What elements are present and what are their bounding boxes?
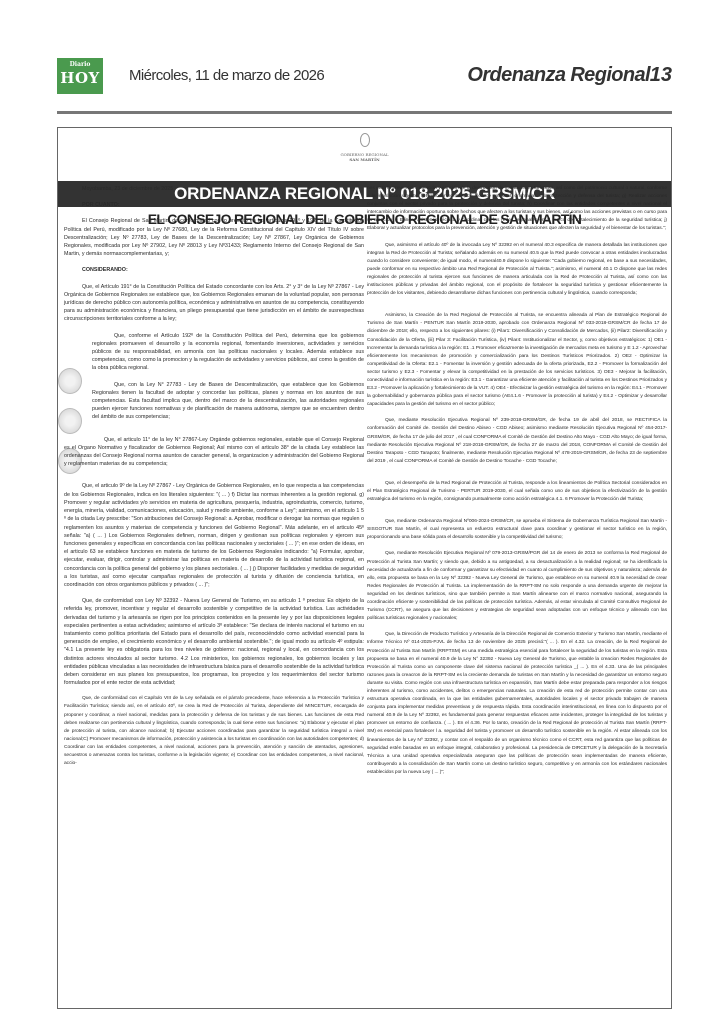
paragraph: nes para la prevención, atención y sanci… bbox=[367, 185, 667, 234]
por-cuanto-paragraph: El Consejo Regional de San Martin, de co… bbox=[64, 217, 364, 258]
page-number: 13 bbox=[650, 64, 672, 87]
paragraph: Que, el Artículo 191° de la Constitución… bbox=[64, 283, 364, 324]
place-date: Moyobamba, 23 de diciembre de 2025 bbox=[64, 185, 364, 193]
logo-main-text: HOY bbox=[57, 69, 103, 87]
right-column: nes para la prevención, atención y sanci… bbox=[367, 185, 667, 785]
considerando-heading: CONSIDERANDO: bbox=[64, 266, 364, 274]
paragraph: Que, el articulo 11° de la ley N° 27867-… bbox=[64, 436, 364, 469]
page-header: Diario HOY Miércoles, 11 de marzo de 202… bbox=[57, 58, 672, 94]
paragraph: Que, mediante Resolución Ejecutiva Regio… bbox=[367, 417, 667, 466]
publication-date: Miércoles, 11 de marzo de 2026 bbox=[129, 67, 324, 84]
regional-crest: GOBIERNO REGIONAL SAN MARTÍN bbox=[58, 133, 671, 162]
paragraph: Que, mediante Ordenanza Regional Nº006-2… bbox=[367, 518, 667, 542]
paragraph: Que, mediante Resolución Ejecutiva Regio… bbox=[367, 550, 667, 623]
paragraph: Que, el desempeño de la Red Regional de … bbox=[367, 480, 667, 504]
section-title: Ordenanza Regional bbox=[467, 64, 650, 87]
paragraph: Asimismo, la Creación de la Red Regional… bbox=[367, 312, 667, 409]
diario-hoy-logo: Diario HOY bbox=[57, 58, 103, 94]
crest-line-2: SAN MARTÍN bbox=[58, 157, 671, 162]
regional-government-seal-icon bbox=[360, 133, 370, 147]
paragraph: Que, con la Ley N° 27783 - Ley de Bases … bbox=[64, 381, 364, 422]
paragraph: Que, la Dirección de Producto Turístico … bbox=[367, 631, 667, 777]
logo-top-text: Diario bbox=[57, 58, 103, 69]
left-column: Moyobamba, 23 de diciembre de 2025 POR C… bbox=[64, 185, 364, 776]
header-divider bbox=[57, 111, 672, 114]
paragraph: Que, de conformidad con Ley Nº 32392 - N… bbox=[64, 597, 364, 687]
document-frame: GOBIERNO REGIONAL SAN MARTÍN ORDENANZA R… bbox=[57, 127, 672, 1009]
paragraph: Que, asimismo el artículo 40º de la invo… bbox=[367, 242, 667, 299]
paragraph: Que, conforme el Artículo 192º de la Con… bbox=[64, 332, 364, 373]
paragraph: Que, de conformidad con el Capítulo VIII… bbox=[64, 695, 364, 768]
paragraph: Que, el articulo 9º de la Ley Nº 27867 -… bbox=[64, 482, 364, 589]
por-cuanto-heading: POR CUANTO: bbox=[64, 201, 364, 209]
